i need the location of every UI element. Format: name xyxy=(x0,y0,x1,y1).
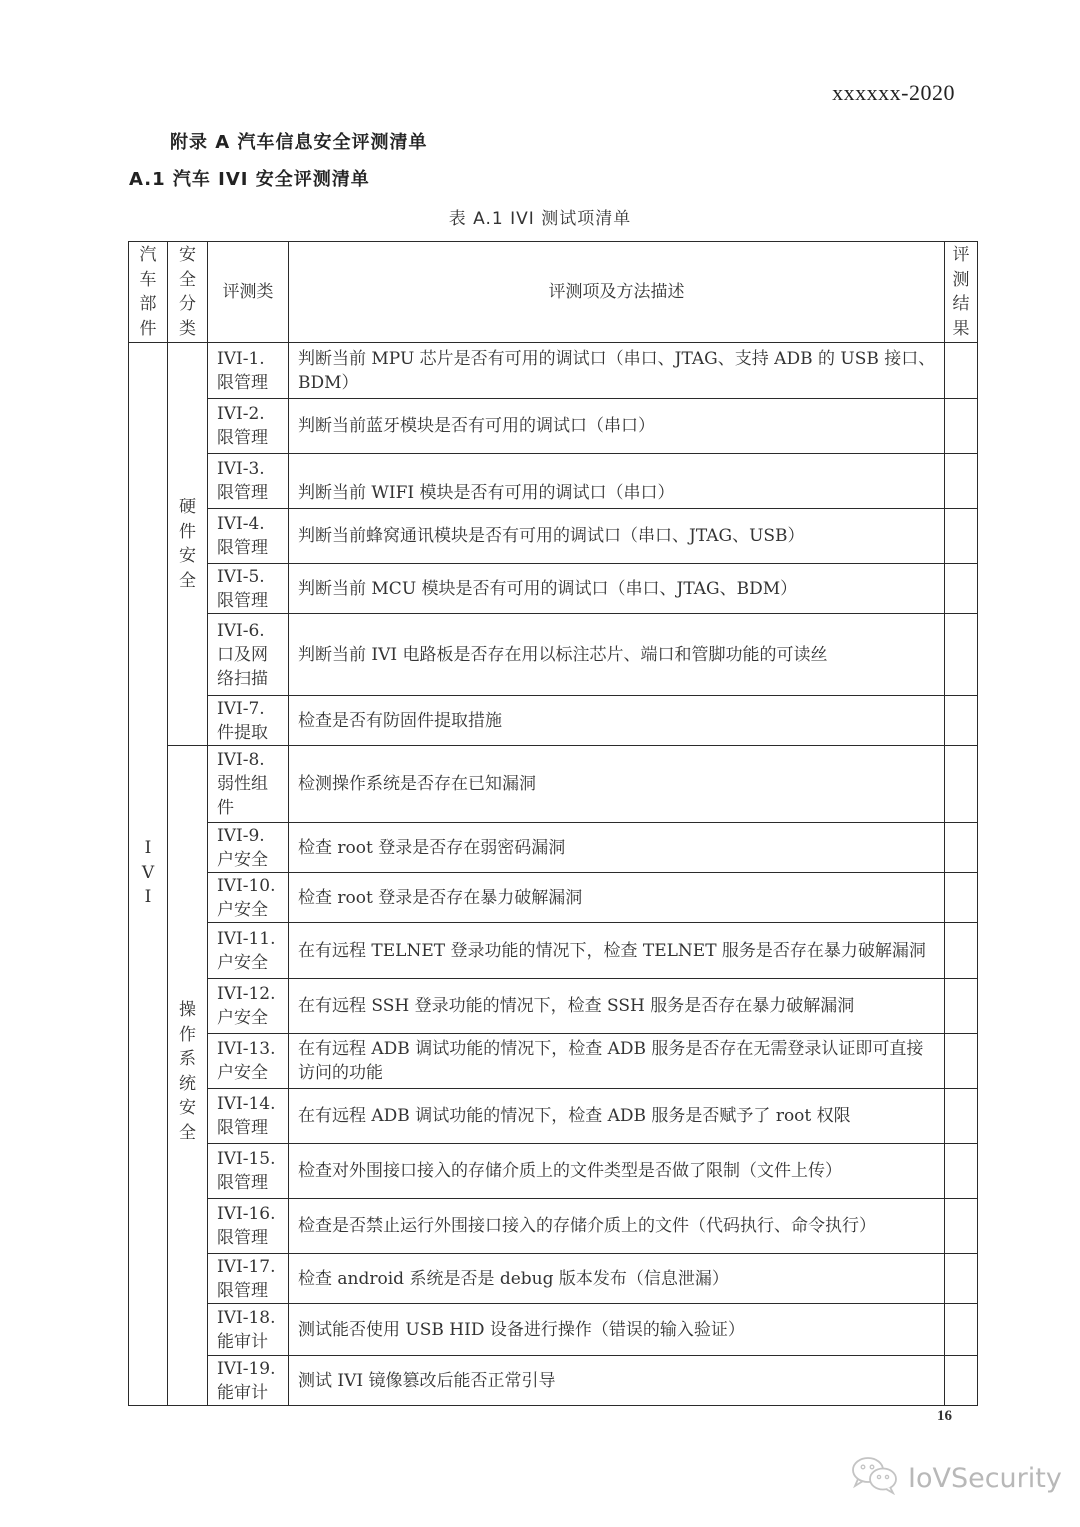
table-row: IVI-17.限管理 检查 android 系统是否是 debug 版本发布（信… xyxy=(129,1254,978,1304)
ivi-test-table: 汽车部件 安全分类 评测类 评测项及方法描述 评测结果 IVI 硬件安全 IVI… xyxy=(128,241,978,1406)
table-row: IVI-16.限管理 检查是否禁止运行外围接口接入的存储介质上的文件（代码执行、… xyxy=(129,1199,978,1254)
description-cell: 检查是否有防固件提取措施 xyxy=(289,696,945,746)
header-test-type: 评测类 xyxy=(208,242,289,343)
table-row: IVI-15.限管理 检查对外围接口接入的存储介质上的文件类型是否做了限制（文件… xyxy=(129,1144,978,1199)
header-result: 评测结果 xyxy=(945,242,978,343)
category-label: 操作系统安全 xyxy=(179,998,197,1145)
category-cell-os: 操作系统安全 xyxy=(168,746,208,1406)
result-cell[interactable] xyxy=(945,343,978,399)
component-label: IVI xyxy=(139,836,157,910)
description-cell: 判断当前 WIFI 模块是否有可用的调试口（串口） xyxy=(289,454,945,509)
description-cell: 测试能否使用 USB HID 设备进行操作（错误的输入验证） xyxy=(289,1304,945,1356)
test-type-cell: IVI-13.户安全 xyxy=(208,1034,289,1089)
table-row: IVI-4.限管理 判断当前蜂窝通讯模块是否有可用的调试口（串口、JTAG、US… xyxy=(129,509,978,564)
watermark-text: IoVSecurity xyxy=(908,1463,1062,1494)
result-cell[interactable] xyxy=(945,696,978,746)
table-row: IVI-5.限管理 判断当前 MCU 模块是否有可用的调试口（串口、JTAG、B… xyxy=(129,564,978,614)
table-row: IVI-2.限管理 判断当前蓝牙模块是否有可用的调试口（串口） xyxy=(129,399,978,454)
table-row: IVI-13.户安全 在有远程 ADB 调试功能的情况下，检查 ADB 服务是否… xyxy=(129,1034,978,1089)
test-type-cell: IVI-8.弱性组件 xyxy=(208,746,289,823)
result-cell[interactable] xyxy=(945,923,978,979)
test-type-cell: IVI-10.户安全 xyxy=(208,873,289,923)
appendix-title: 附录 A 汽车信息安全评测清单 xyxy=(170,128,427,154)
table-row: IVI-12.户安全 在有远程 SSH 登录功能的情况下，检查 SSH 服务是否… xyxy=(129,979,978,1034)
table-row: IVI-6.口及网络扫描 判断当前 IVI 电路板是否存在用以标注芯片、端口和管… xyxy=(129,614,978,696)
result-cell[interactable] xyxy=(945,979,978,1034)
watermark: IoVSecurity xyxy=(850,1455,1062,1502)
result-cell[interactable] xyxy=(945,746,978,823)
description-cell: 检查是否禁止运行外围接口接入的存储介质上的文件（代码执行、命令执行） xyxy=(289,1199,945,1254)
description-cell: 在有远程 ADB 调试功能的情况下，检查 ADB 服务是否存在无需登录认证即可直… xyxy=(289,1034,945,1089)
test-type-cell: IVI-14.限管理 xyxy=(208,1089,289,1144)
test-type-cell: IVI-9.户安全 xyxy=(208,823,289,873)
section-title: A.1 汽车 IVI 安全评测清单 xyxy=(129,165,370,191)
table-row: IVI-3.限管理 判断当前 WIFI 模块是否有可用的调试口（串口） xyxy=(129,454,978,509)
result-cell[interactable] xyxy=(945,399,978,454)
result-cell[interactable] xyxy=(945,1034,978,1089)
document-code: xxxxxx-2020 xyxy=(832,80,955,106)
result-cell[interactable] xyxy=(945,1304,978,1356)
page-number: 16 xyxy=(937,1408,952,1425)
category-cell-hardware: 硬件安全 xyxy=(168,343,208,746)
test-type-cell: IVI-6.口及网络扫描 xyxy=(208,614,289,696)
description-cell: 在有远程 TELNET 登录功能的情况下，检查 TELNET 服务是否存在暴力破… xyxy=(289,923,945,979)
table-header-row: 汽车部件 安全分类 评测类 评测项及方法描述 评测结果 xyxy=(129,242,978,343)
description-cell: 在有远程 ADB 调试功能的情况下，检查 ADB 服务是否赋予了 root 权限 xyxy=(289,1089,945,1144)
test-type-cell: IVI-18.能审计 xyxy=(208,1304,289,1356)
result-cell[interactable] xyxy=(945,1254,978,1304)
description-cell: 判断当前 IVI 电路板是否存在用以标注芯片、端口和管脚功能的可读丝 xyxy=(289,614,945,696)
result-cell[interactable] xyxy=(945,614,978,696)
test-type-cell: IVI-2.限管理 xyxy=(208,399,289,454)
test-type-cell: IVI-15.限管理 xyxy=(208,1144,289,1199)
category-label: 硬件安全 xyxy=(179,495,197,593)
description-cell: 检测操作系统是否存在已知漏洞 xyxy=(289,746,945,823)
table-row: IVI-7.件提取 检查是否有防固件提取措施 xyxy=(129,696,978,746)
description-cell: 检查 root 登录是否存在暴力破解漏洞 xyxy=(289,873,945,923)
table-row: IVI 硬件安全 IVI-1.限管理 判断当前 MPU 芯片是否有可用的调试口（… xyxy=(129,343,978,399)
test-type-cell: IVI-19.能审计 xyxy=(208,1356,289,1406)
test-type-cell: IVI-12.户安全 xyxy=(208,979,289,1034)
test-type-cell: IVI-3.限管理 xyxy=(208,454,289,509)
table-row: IVI-19.能审计 测试 IVI 镜像篡改后能否正常引导 xyxy=(129,1356,978,1406)
wechat-icon xyxy=(850,1455,902,1502)
result-cell[interactable] xyxy=(945,823,978,873)
result-cell[interactable] xyxy=(945,873,978,923)
description-cell: 检查 android 系统是否是 debug 版本发布（信息泄漏） xyxy=(289,1254,945,1304)
header-description: 评测项及方法描述 xyxy=(289,242,945,343)
result-cell[interactable] xyxy=(945,509,978,564)
description-cell: 判断当前蓝牙模块是否有可用的调试口（串口） xyxy=(289,399,945,454)
table-row: 操作系统安全 IVI-8.弱性组件 检测操作系统是否存在已知漏洞 xyxy=(129,746,978,823)
table-row: IVI-14.限管理 在有远程 ADB 调试功能的情况下，检查 ADB 服务是否… xyxy=(129,1089,978,1144)
component-cell: IVI xyxy=(129,343,168,1406)
header-security-category: 安全分类 xyxy=(168,242,208,343)
result-cell[interactable] xyxy=(945,1199,978,1254)
description-cell: 检查 root 登录是否存在弱密码漏洞 xyxy=(289,823,945,873)
description-cell: 检查对外围接口接入的存储介质上的文件类型是否做了限制（文件上传） xyxy=(289,1144,945,1199)
result-cell[interactable] xyxy=(945,1144,978,1199)
description-cell: 判断当前蜂窝通讯模块是否有可用的调试口（串口、JTAG、USB） xyxy=(289,509,945,564)
result-cell[interactable] xyxy=(945,1089,978,1144)
result-cell[interactable] xyxy=(945,564,978,614)
header-component: 汽车部件 xyxy=(129,242,168,343)
test-type-cell: IVI-4.限管理 xyxy=(208,509,289,564)
table-row: IVI-11.户安全 在有远程 TELNET 登录功能的情况下，检查 TELNE… xyxy=(129,923,978,979)
test-type-cell: IVI-16.限管理 xyxy=(208,1199,289,1254)
test-type-cell: IVI-7.件提取 xyxy=(208,696,289,746)
test-type-cell: IVI-11.户安全 xyxy=(208,923,289,979)
table-row: IVI-9.户安全 检查 root 登录是否存在弱密码漏洞 xyxy=(129,823,978,873)
description-cell: 测试 IVI 镜像篡改后能否正常引导 xyxy=(289,1356,945,1406)
test-type-cell: IVI-5.限管理 xyxy=(208,564,289,614)
description-cell: 在有远程 SSH 登录功能的情况下，检查 SSH 服务是否存在暴力破解漏洞 xyxy=(289,979,945,1034)
test-type-cell: IVI-1.限管理 xyxy=(208,343,289,399)
result-cell[interactable] xyxy=(945,1356,978,1406)
table-row: IVI-18.能审计 测试能否使用 USB HID 设备进行操作（错误的输入验证… xyxy=(129,1304,978,1356)
description-cell: 判断当前 MPU 芯片是否有可用的调试口（串口、JTAG、支持 ADB 的 US… xyxy=(289,343,945,399)
table-caption: 表 A.1 IVI 测试项清单 xyxy=(0,204,1080,229)
test-type-cell: IVI-17.限管理 xyxy=(208,1254,289,1304)
description-cell: 判断当前 MCU 模块是否有可用的调试口（串口、JTAG、BDM） xyxy=(289,564,945,614)
table-row: IVI-10.户安全 检查 root 登录是否存在暴力破解漏洞 xyxy=(129,873,978,923)
result-cell[interactable] xyxy=(945,454,978,509)
